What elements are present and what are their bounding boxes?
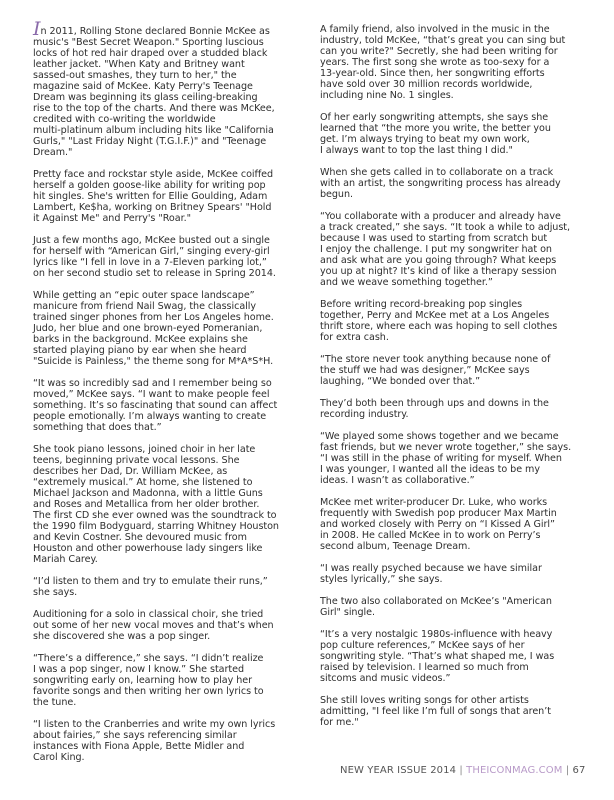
website-link[interactable]: THEICONMAG.COM xyxy=(466,765,562,776)
paragraph-5: “It was so incredibly sad and I remember… xyxy=(33,378,301,433)
paragraph-23: She still loves writing songs for other … xyxy=(320,695,590,728)
paragraph-8: Auditioning for a solo in classical choi… xyxy=(33,609,301,642)
paragraph-9: “There’s a difference,” she says. “I did… xyxy=(33,653,301,708)
paragraph-14: “You collaborate with a producer and alr… xyxy=(320,211,590,288)
paragraph-21: The two also collaborated on McKee’s "Am… xyxy=(320,596,590,618)
paragraph-7: “I’d listen to them and try to emulate t… xyxy=(33,576,301,598)
magazine-page: In 2011, Rolling Stone declared Bonnie M… xyxy=(0,0,614,800)
paragraph-6: She took piano lessons, joined choir in … xyxy=(33,444,301,565)
paragraph-1: In 2011, Rolling Stone declared Bonnie M… xyxy=(33,24,301,158)
paragraph-22: “It’s a very nostalgic 1980s-influence w… xyxy=(320,629,590,684)
paragraph-4: While getting an “epic outer space lands… xyxy=(33,290,301,367)
page-footer: NEW YEAR ISSUE 2014 | THEICONMAG.COM | 6… xyxy=(340,765,585,776)
footer-separator: | xyxy=(459,765,462,776)
issue-label: NEW YEAR ISSUE 2014 xyxy=(340,765,456,776)
page-number: 67 xyxy=(573,765,586,776)
paragraph-19: McKee met writer-producer Dr. Luke, who … xyxy=(320,497,590,552)
paragraph-12: Of her early songwriting attempts, she s… xyxy=(320,112,590,156)
paragraph-13: When she gets called in to collaborate o… xyxy=(320,167,590,200)
paragraph-20: “I was really psyched because we have si… xyxy=(320,563,590,585)
right-column: A family friend, also involved in the mu… xyxy=(320,24,590,739)
paragraph-text: n 2011, Rolling Stone declared Bonnie Mc… xyxy=(33,26,275,158)
paragraph-3: Just a few months ago, McKee busted out … xyxy=(33,235,301,279)
paragraph-16: “The store never took anything because n… xyxy=(320,354,590,387)
footer-separator: | xyxy=(566,765,569,776)
paragraph-11: A family friend, also involved in the mu… xyxy=(320,24,590,101)
paragraph-2: Pretty face and rockstar style aside, Mc… xyxy=(33,169,301,224)
paragraph-10: “I listen to the Cranberries and write m… xyxy=(33,719,301,763)
paragraph-17: They’d both been through ups and downs i… xyxy=(320,398,590,420)
paragraph-18: “We played some shows together and we be… xyxy=(320,431,590,486)
paragraph-15: Before writing record-breaking pop singl… xyxy=(320,299,590,343)
left-column: In 2011, Rolling Stone declared Bonnie M… xyxy=(33,24,301,774)
